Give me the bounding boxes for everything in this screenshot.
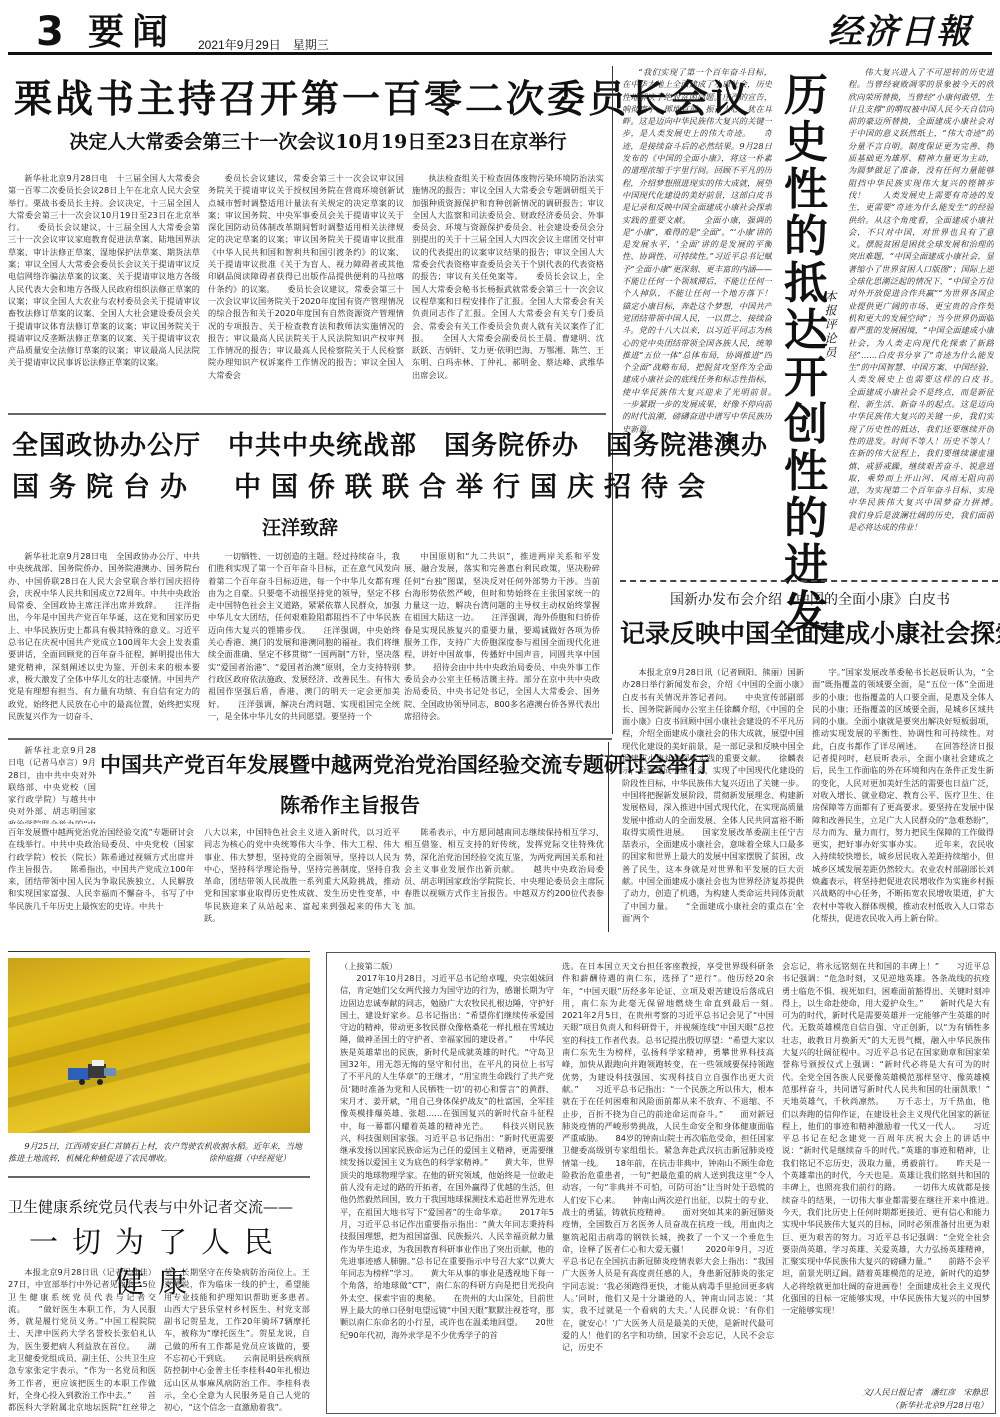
section-divider [8,413,606,415]
column-divider [612,66,613,734]
story4-column-2: 八大以来，中国特色社会主义进入新时代，以习近平同志为核心的党中央统筹伟大斗争、伟… [204,826,400,926]
story3-kicker: 国新办发布会介绍《中国的全面小康》白皮书 [620,590,1000,610]
section-divider [8,1176,310,1178]
story2-subheadline: 汪洋致辞 [0,514,600,542]
story1-subheadline: 决定人大常委会第三十一次会议10月19日至23日在京举行 [28,128,608,156]
story6-column-1: 2017年10月28日，习近平总书记给卓嘎、央宗姐妹回信，肯定她们父女两代接力为… [340,972,554,1412]
page-number: 3 [36,10,64,54]
story6-author: 文/人民日报记者 潘红彦 宋静思 [782,1386,988,1398]
column-divider [608,742,609,932]
section-divider [8,738,612,740]
story3-headline: 记录反映中国全面建成小康社会探索实践 [620,614,1000,654]
story2-column-2: 一切牺牲、一切创造的主题。经过持续奋斗，我们胜利实现了第一个百年奋斗目标，正在意… [208,550,400,730]
story2-column-1: 新华社北京9月28日电 全国政协办公厅、中共中央统战部、国务院侨办、国务院港澳办… [8,550,200,730]
rice-harvest-photo [8,958,310,1133]
story5-kicker: 卫生健康系统党员代表与中外记者交流—— [8,1196,308,1218]
story5-column-2: 荣，长期坚守在传染病防治岗位上。王克荣说，作为临床一线的护士，希望能用专业技能和… [164,1266,310,1414]
story1-column-1: 新华社北京9月28日电 十三届全国人大常委会第一百零二次委员长会议28日上午在北… [8,172,200,404]
commentary-divider [620,580,998,582]
story6-column-3: 会忘记，将永远铭刻在共和国的丰碑上！” 习近平总书记强调：“危急时刻，又见逆地英… [782,960,990,1384]
masthead-divider [8,52,992,55]
photo-caption: 9月25日，江西靖安县仁首镇石上村，农户驾驶农机收割水稻。近年来，当地推进土地流… [8,1140,310,1164]
story4-headline: 中国共产党百年发展暨中越两党治党治国经验交流专题研讨会举行 [100,742,600,788]
story2-headline-line1: 全国政协办公厅 中共中央统战部 国务院侨办 国务院港澳办 [12,426,592,466]
story4-column-1: 百年发展暨中越两党治党治国经验交流”专题研讨会在线举行。中共中央政治局委员、中央… [8,826,194,926]
newspaper-logo: 经济日報 [828,10,972,54]
section-title: 要闻 [88,10,176,54]
story6-column-2: 选。在日本国立天文台担任客座教授，享受世界级科研条件和薪酬待遇的南仁东，选择了“… [562,960,774,1412]
story4-subheadline: 陈希作主旨报告 [100,790,600,820]
story6-continuation-note: （上接第二版） [340,960,554,972]
story3-column-1: 本报北京9月28日讯（记者顾阳、熊丽）国新办28日举行新闻发布会，介绍《中国的全… [622,666,804,988]
story6-dateline: （新华社北京9月28日电） [782,1399,988,1411]
story1-headline: 栗战书主持召开第一百零二次委员长会议 [14,74,614,124]
story1-column-3: 执法检查组关于检查固体废物污染环境防治法实施情况的报告；审议全国人大常委会专题调… [412,172,604,404]
story2-headline-line2: 国务院台办 中国侨联联合举行国庆招待会 [12,468,592,508]
story3-column-2: 字。”国家发展改革委秘书长赵辰昕认为，“全面”既指覆盖的领域要全面，是“五位一体… [812,666,994,988]
commentary-column-2: 伟大复兴进入了不可逆转的历史进程。当曾经衰败凋零的景象被今天的欣欣向荣所替换，当… [848,66,994,578]
story5-column-1: 本报北京9月28日讯（记者吴佳佳）27日，中宣部举行中外记者见面会，5位卫生健康… [8,1266,156,1414]
story2-column-3: 中国原则和“九二共识”，推进两岸关系和平发展、融合发展，落实和完善惠台利民政策，… [404,550,600,730]
commentary-byline: 本报评论员 [822,290,838,360]
story4-column-3: 陈希表示，中方愿同越南同志继续保持相互学习、相互借鉴、相互支持的好传统，发挥党际… [404,826,604,926]
story1-column-2: 委员长会议建议，常委会第三十一次会议审议国务院关于提请审议关于授权国务院在营商环… [208,172,404,404]
combine-harvester-icon [66,1058,118,1086]
issue-date: 2021年9月29日 星期三 [198,36,329,53]
story4-lead: 新华社北京9月28日电（记者马卓言）9月28日，由中共中央对外联络部、中央党校（… [8,744,96,824]
section-divider [8,951,310,952]
